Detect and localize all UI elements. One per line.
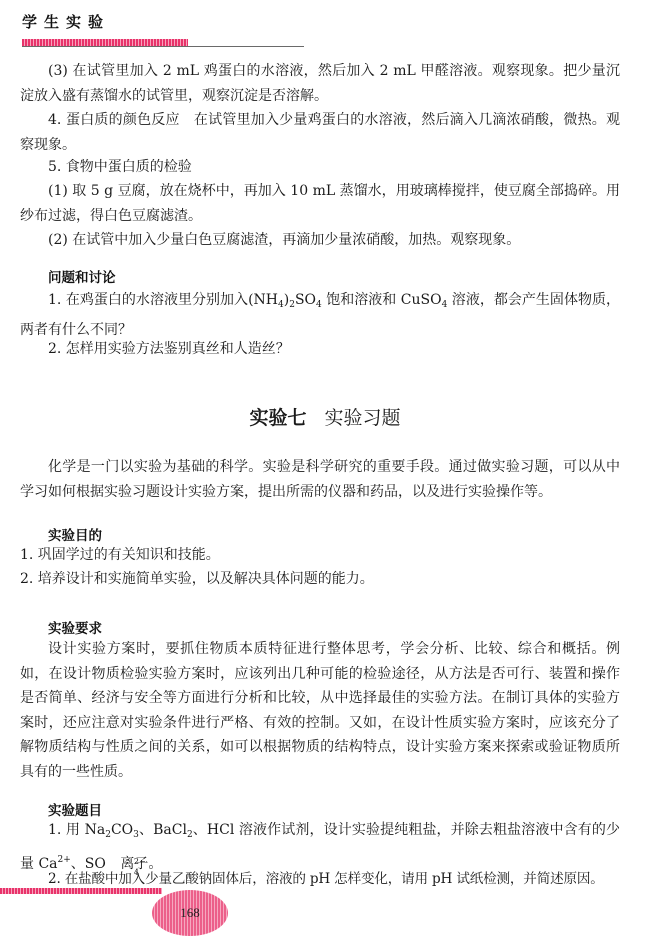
discussion-question-1: 1. 在鸡蛋白的水溶液里分别加入(NH4)2SO4 饱和溶液和 CuSO4 溶液…	[20, 288, 620, 342]
purpose-heading: 实验目的	[48, 524, 102, 544]
paragraph-step-3: (3) 在试管里加入 2 mL 鸡蛋白的水溶液，然后加入 2 mL 甲醛溶液。观…	[20, 59, 620, 108]
paragraph-color-reaction: 4. 蛋白质的颜色反应 在试管里加入少量鸡蛋白的水溶液，然后滴入几滴浓硝酸，微热…	[20, 108, 620, 157]
requirements-heading: 实验要求	[48, 617, 102, 637]
page-number: 168	[180, 905, 200, 921]
purpose-item-2: 2. 培养设计和实施简单实验，以及解决具体问题的能力。	[20, 567, 620, 592]
chapter-number: 实验七	[249, 407, 306, 429]
discussion-question-2: 2. 怎样用实验方法鉴别真丝和人造丝？	[20, 337, 620, 362]
chapter-intro: 化学是一门以实验为基础的科学。实验是科学研究的重要手段。通过做实验习题，可以从中…	[20, 455, 620, 504]
problems-heading: 实验题目	[48, 799, 102, 819]
page-number-badge: 168	[152, 890, 228, 936]
paragraph-food-step-1: (1) 取 5 g 豆腐，放在烧杯中，再加入 10 mL 蒸馏水，用玻璃棒搅拌，…	[20, 179, 620, 228]
chapter-title: 实验七实验习题	[0, 403, 650, 430]
footer-decorative-stripe	[0, 888, 162, 894]
header-decorative-stripe	[22, 39, 188, 46]
running-title: 学生实验	[22, 11, 110, 32]
paragraph-food-step-2: (2) 在试管中加入少量白色豆腐滤渣，再滴加少量浓硝酸，加热。观察现象。	[20, 228, 620, 253]
chapter-name: 实验习题	[325, 407, 401, 429]
purpose-item-1: 1. 巩固学过的有关知识和技能。	[20, 543, 620, 568]
paragraph-food-protein-heading: 5. 食物中蛋白质的检验	[20, 155, 620, 180]
discussion-heading: 问题和讨论	[48, 266, 116, 286]
requirements-text: 设计实验方案时，要抓住物质本质特征进行整体思考，学会分析、比较、综合和概括。例如…	[20, 637, 620, 784]
header-rule	[22, 46, 304, 47]
